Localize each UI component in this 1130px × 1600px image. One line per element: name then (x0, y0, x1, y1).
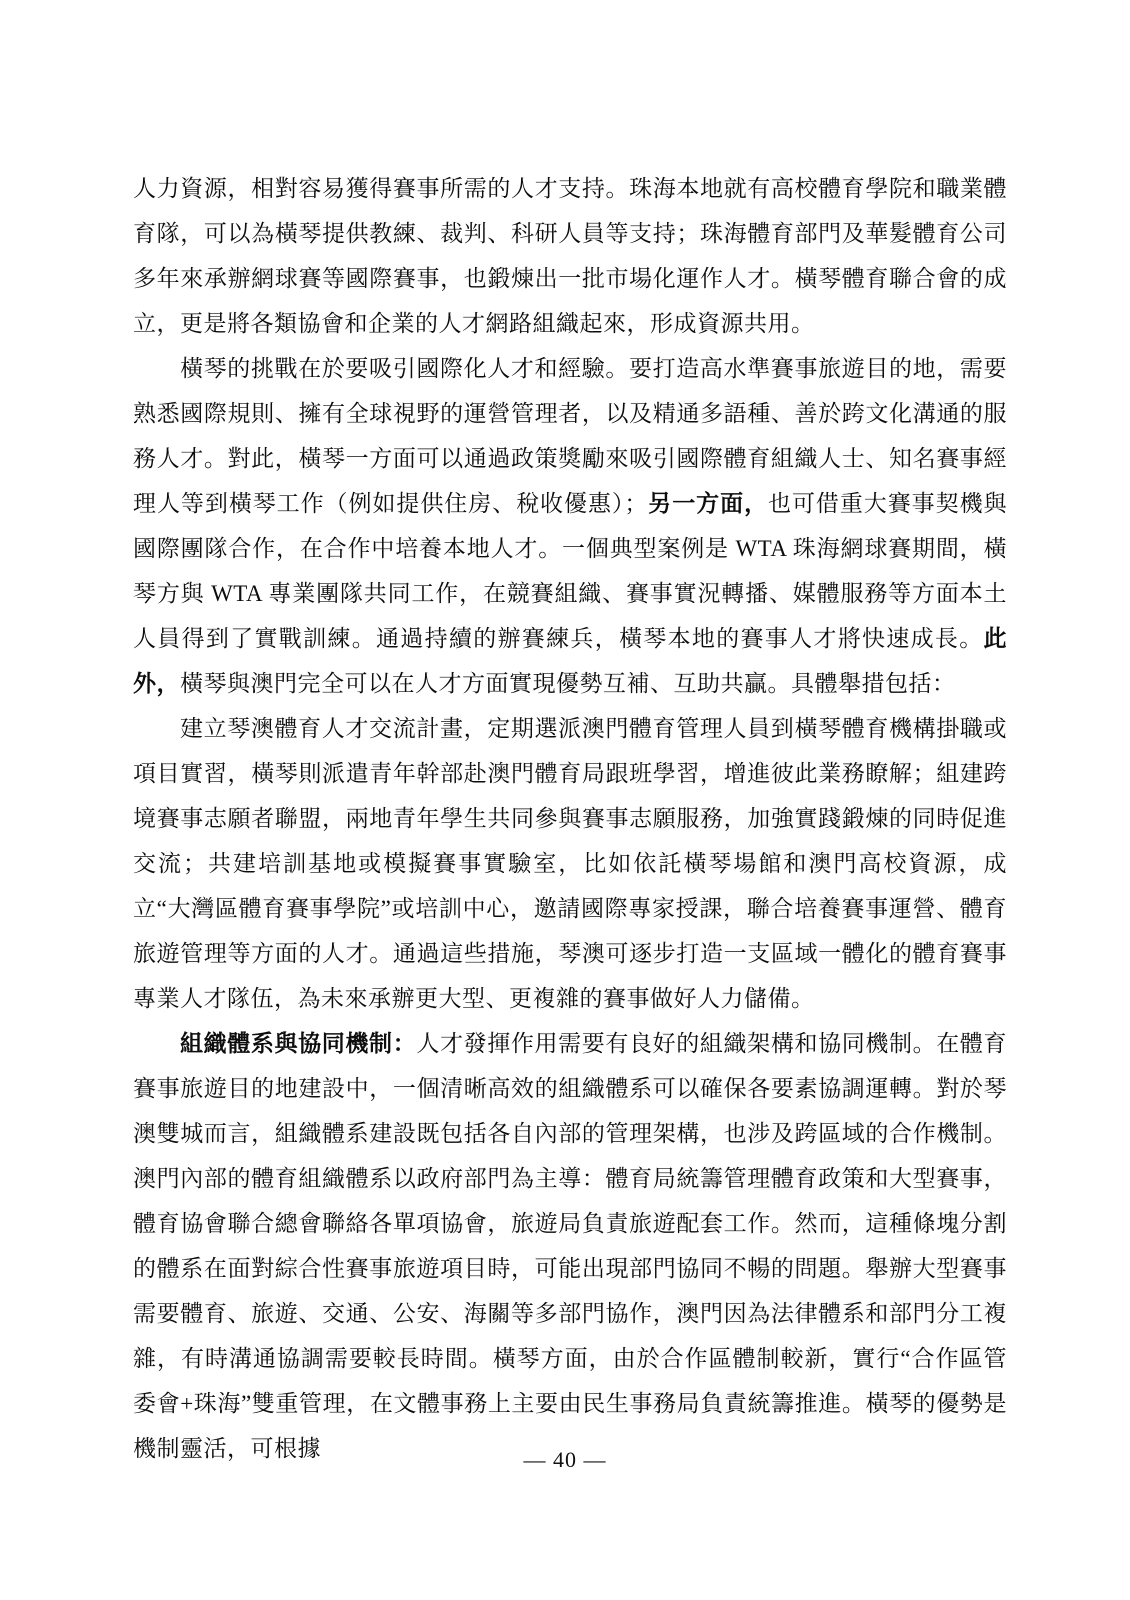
page-body: 人力資源，相對容易獲得賽事所需的人才支持。珠海本地就有高校體育學院和職業體育隊，… (133, 166, 1007, 1471)
paragraph-organization-system: 組織體系與協同機制：人才發揮作用需要有良好的組織架構和協同機制。在體育賽事旅遊目… (133, 1021, 1007, 1471)
text-run-bold: 另一方面， (648, 491, 768, 516)
paragraph-talent-challenge: 橫琴的挑戰在於要吸引國際化人才和經驗。要打造高水準賽事旅遊目的地，需要熟悉國際規… (133, 346, 1007, 706)
text-run: 人才發揮作用需要有良好的組織架構和協同機制。在體育賽事旅遊目的地建設中，一個清晰… (133, 1031, 1007, 1461)
text-run: 橫琴與澳門完全可以在人才方面實現優勢互補、互助共贏。具體舉措包括： (180, 671, 956, 696)
document-page: 人力資源，相對容易獲得賽事所需的人才支持。珠海本地就有高校體育學院和職業體育隊，… (0, 0, 1130, 1600)
paragraph-continuation: 人力資源，相對容易獲得賽事所需的人才支持。珠海本地就有高校體育學院和職業體育隊，… (133, 166, 1007, 346)
text-run-bold: 組織體系與協同機制： (180, 1031, 416, 1056)
paragraph-exchange-measures: 建立琴澳體育人才交流計畫，定期選派澳門體育管理人員到橫琴體育機構掛職或項目實習，… (133, 706, 1007, 1021)
text-run: 人力資源，相對容易獲得賽事所需的人才支持。珠海本地就有高校體育學院和職業體育隊，… (133, 176, 1007, 336)
page-number: — 40 — (0, 1447, 1130, 1473)
text-run: 建立琴澳體育人才交流計畫，定期選派澳門體育管理人員到橫琴體育機構掛職或項目實習，… (133, 716, 1007, 1011)
